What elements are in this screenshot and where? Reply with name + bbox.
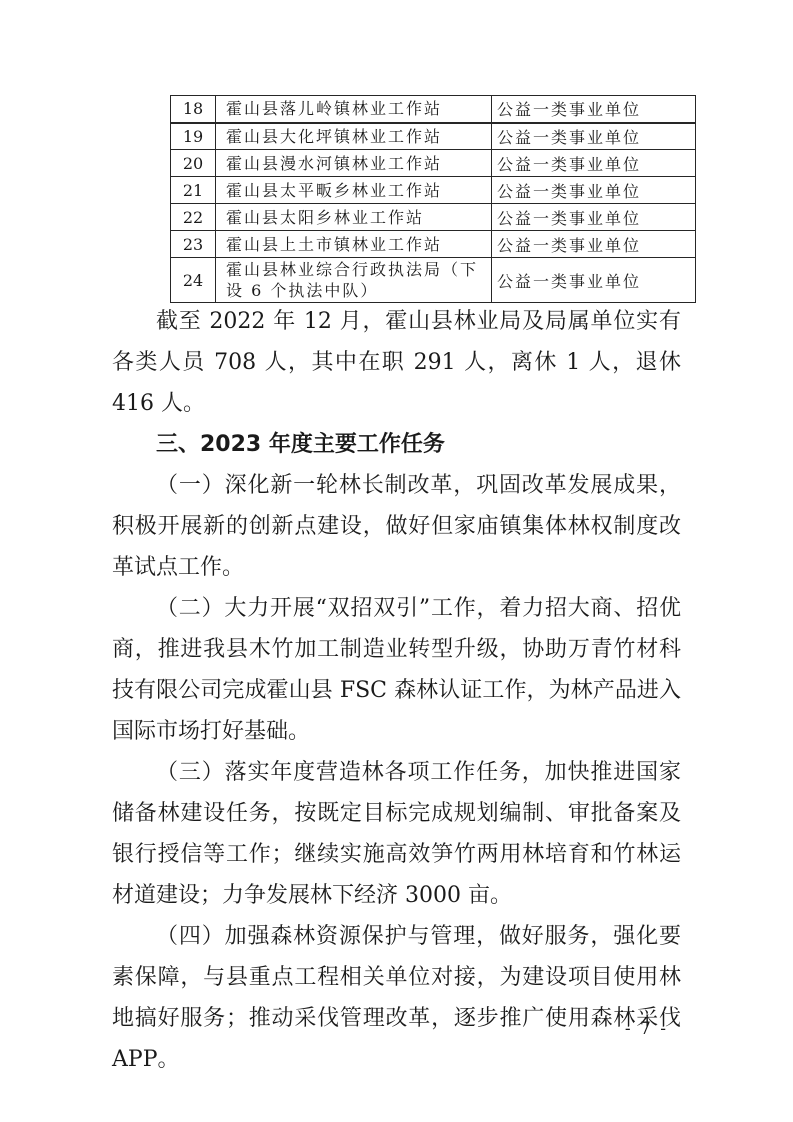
row-number: 22 <box>171 204 216 231</box>
table-row: 18 霍山县落儿岭镇林业工作站 公益一类事业单位 <box>171 96 696 123</box>
section-heading-2023-tasks: 三、2023 年度主要工作任务 <box>112 424 681 465</box>
table-row: 22 霍山县太阳乡林业工作站 公益一类事业单位 <box>171 204 696 231</box>
page-number: - 7 - <box>625 1019 668 1039</box>
row-number: 19 <box>171 123 216 150</box>
table-row: 23 霍山县上土市镇林业工作站 公益一类事业单位 <box>171 231 696 258</box>
table-row: 19 霍山县大化坪镇林业工作站 公益一类事业单位 <box>171 123 696 150</box>
document-body: 截至 2022 年 12 月，霍山县林业局及局属单位实有各类人员 708 人，其… <box>112 301 681 1080</box>
row-number: 21 <box>171 177 216 204</box>
unit-list-table: 18 霍山县落儿岭镇林业工作站 公益一类事业单位 19 霍山县大化坪镇林业工作站… <box>170 95 696 303</box>
unit-type: 公益一类事业单位 <box>492 204 696 231</box>
row-number: 24 <box>171 258 216 303</box>
paragraph-task-1: （一）深化新一轮林长制改革，巩固改革发展成果，积极开展新的创新点建设，做好但家庙… <box>112 465 681 588</box>
table-row: 24 霍山县林业综合行政执法局（下设 6 个执法中队） 公益一类事业单位 <box>171 258 696 303</box>
unit-type: 公益一类事业单位 <box>492 96 696 123</box>
unit-type: 公益一类事业单位 <box>492 231 696 258</box>
unit-type: 公益一类事业单位 <box>492 123 696 150</box>
unit-type: 公益一类事业单位 <box>492 258 696 303</box>
unit-name: 霍山县落儿岭镇林业工作站 <box>216 96 492 123</box>
unit-name: 霍山县林业综合行政执法局（下设 6 个执法中队） <box>216 258 492 303</box>
document-page: 18 霍山县落儿岭镇林业工作站 公益一类事业单位 19 霍山县大化坪镇林业工作站… <box>0 0 793 1122</box>
paragraph-task-3: （三）落实年度营造林各项工作任务，加快推进国家储备林建设任务，按既定目标完成规划… <box>112 752 681 916</box>
unit-name: 霍山县漫水河镇林业工作站 <box>216 150 492 177</box>
unit-name: 霍山县上土市镇林业工作站 <box>216 231 492 258</box>
paragraph-staffing-summary: 截至 2022 年 12 月，霍山县林业局及局属单位实有各类人员 708 人，其… <box>112 301 681 424</box>
row-number: 20 <box>171 150 216 177</box>
row-number: 18 <box>171 96 216 123</box>
paragraph-task-2: （二）大力开展“双招双引”工作，着力招大商、招优商，推进我县木竹加工制造业转型升… <box>112 588 681 752</box>
table-row: 21 霍山县太平畈乡林业工作站 公益一类事业单位 <box>171 177 696 204</box>
unit-list-table-body: 18 霍山县落儿岭镇林业工作站 公益一类事业单位 19 霍山县大化坪镇林业工作站… <box>171 96 696 303</box>
unit-name: 霍山县太阳乡林业工作站 <box>216 204 492 231</box>
unit-name: 霍山县大化坪镇林业工作站 <box>216 123 492 150</box>
unit-type: 公益一类事业单位 <box>492 150 696 177</box>
row-number: 23 <box>171 231 216 258</box>
unit-type: 公益一类事业单位 <box>492 177 696 204</box>
unit-name: 霍山县太平畈乡林业工作站 <box>216 177 492 204</box>
table-row: 20 霍山县漫水河镇林业工作站 公益一类事业单位 <box>171 150 696 177</box>
paragraph-task-4: （四）加强森林资源保护与管理，做好服务，强化要素保障，与县重点工程相关单位对接，… <box>112 916 681 1080</box>
